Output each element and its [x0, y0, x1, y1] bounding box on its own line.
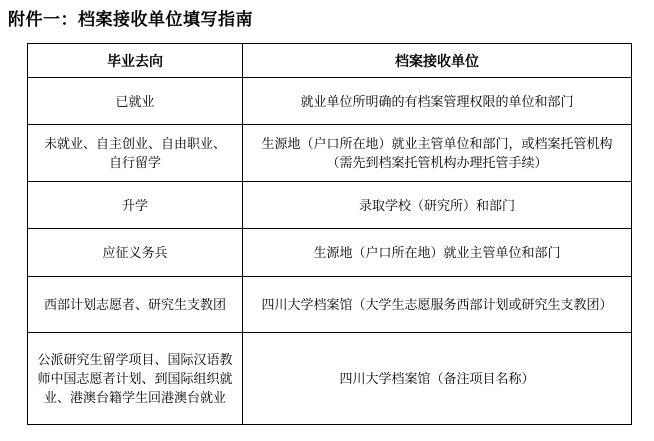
cell-receiver-unemployed: 生源地（户口所在地）就业主管单位和部门，或档案托管机构 （需先到档案托管机构办理… — [243, 125, 632, 182]
table-row: 未就业、自主创业、自由职业、 自行留学 生源地（户口所在地）就业主管单位和部门，… — [28, 125, 632, 182]
cell-destination-military-service: 应征义务兵 — [28, 229, 243, 277]
cell-receiver-military-service: 生源地（户口所在地）就业主管单位和部门 — [243, 229, 632, 277]
cell-receiver-volunteer-programs: 四川大学档案馆（大学生志愿服务西部计划或研究生支教团） — [243, 277, 632, 333]
header-graduation-destination: 毕业去向 — [28, 44, 243, 78]
header-archive-receiver: 档案接收单位 — [243, 44, 632, 78]
cell-destination-overseas-programs: 公派研究生留学项目、国际汉语教 师中国志愿者计划、到国际组织就 业、港澳台籍学生… — [28, 333, 243, 425]
cell-receiver-employed: 就业单位所明确的有档案管理权限的单位和部门 — [243, 78, 632, 125]
cell-receiver-overseas-programs: 四川大学档案馆（备注项目名称） — [243, 333, 632, 425]
table-row: 公派研究生留学项目、国际汉语教 师中国志愿者计划、到国际组织就 业、港澳台籍学生… — [28, 333, 632, 425]
table-row: 应征义务兵 生源地（户口所在地）就业主管单位和部门 — [28, 229, 632, 277]
cell-destination-employed: 已就业 — [28, 78, 243, 125]
table-header-row: 毕业去向 档案接收单位 — [28, 44, 632, 78]
document-title: 附件一：档案接收单位填写指南 — [8, 9, 654, 30]
cell-destination-further-study: 升学 — [28, 182, 243, 229]
cell-destination-volunteer-programs: 西部计划志愿者、研究生支教团 — [28, 277, 243, 333]
table-row: 西部计划志愿者、研究生支教团 四川大学档案馆（大学生志愿服务西部计划或研究生支教… — [28, 277, 632, 333]
document-page: 附件一：档案接收单位填写指南 毕业去向 档案接收单位 已就业 就业单位所明确的有… — [0, 0, 654, 441]
table-row: 升学 录取学校（研究所）和部门 — [28, 182, 632, 229]
table-row: 已就业 就业单位所明确的有档案管理权限的单位和部门 — [28, 78, 632, 125]
archive-guide-table: 毕业去向 档案接收单位 已就业 就业单位所明确的有档案管理权限的单位和部门 未就… — [27, 43, 632, 425]
cell-destination-unemployed: 未就业、自主创业、自由职业、 自行留学 — [28, 125, 243, 182]
cell-receiver-further-study: 录取学校（研究所）和部门 — [243, 182, 632, 229]
